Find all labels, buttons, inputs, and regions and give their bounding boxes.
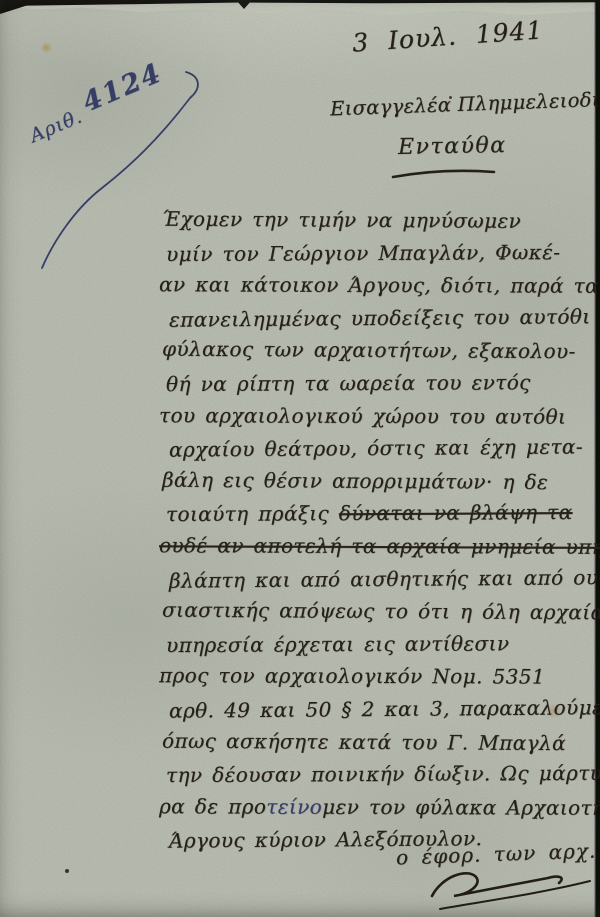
handwritten-line: αρθ. 49 και 50 § 2 και 3, παρακαλούμεν <box>169 691 600 727</box>
handwritten-line: του αρχαιολογικού χώρου του αυτόθι <box>159 399 595 433</box>
recipient-line-2: Ενταύθα <box>398 133 507 160</box>
line-text: μεν τον φύλακα Αρχαιοτήτων <box>322 794 600 819</box>
line-text: τοιαύτη πράξις <box>166 502 339 527</box>
signature-scribble <box>420 864 600 916</box>
handwritten-line: αν και κάτοικον Άργους, διότι, παρά τας <box>159 268 595 302</box>
strikethrough-text: δύναται να βλάψη τα <box>339 500 573 525</box>
handwritten-line: την δέουσαν ποινικήν δίωξιν. Ως μάρτυ- <box>166 757 600 792</box>
handwritten-line: προς τον αρχαιολογικόν Νομ. 5351 <box>159 660 595 694</box>
blue-ink-correction: τείνο <box>266 794 322 818</box>
handwritten-line: βλάπτη και από αισθητικής και από ου- <box>169 561 600 597</box>
handwritten-line: θή να ρίπτη τα ωαρεία του εντός <box>166 366 600 401</box>
handwritten-line: Έχομεν την τιμήν να μηνύσωμεν <box>162 203 598 238</box>
recipient-line-1: Εισαγγελέα Πλημμελειοδικών <box>330 87 600 121</box>
handwritten-line: τοιαύτη πράξις δύναται να βλάψη τα <box>166 496 600 531</box>
handwritten-line: επανειλημμένας υποδείξεις του αυτόθι <box>169 300 600 336</box>
ink-speck <box>65 869 69 873</box>
yellow-stain <box>40 42 53 53</box>
handwritten-line: υμίν τον Γεώργιον Μπαγλάν, Φωκέ- <box>166 235 600 270</box>
scanned-document-page: Αριθ.4124 3 Ιουλ. 1941 Εισαγγελέα Πλημμε… <box>0 0 600 917</box>
handwritten-line: ρα δε προτείνομεν τον φύλακα Αρχαιοτήτων <box>159 790 595 824</box>
line-text: ρα δε προ <box>159 794 266 818</box>
recipient-underline-stroke <box>390 166 498 182</box>
handwritten-line: βάλη εις θέσιν απορριμμάτων· η δε <box>162 463 598 498</box>
body-text: Έχομεν την τιμήν να μηνύσωμεν υμίν τον Γ… <box>162 204 598 856</box>
strikethrough-text: ουδέ αν αποτελή τα αρχαία μνημεία υπηρεσ… <box>159 533 600 559</box>
handwritten-line: φύλακος των αρχαιοτήτων, εξακολου- <box>162 333 598 368</box>
handwritten-line: ουδέ αν αποτελή τα αρχαία μνημεία υπηρεσ… <box>159 529 595 563</box>
handwritten-line: υπηρεσία έρχεται εις αντίθεσιν <box>166 627 600 662</box>
handwritten-line: όπως ασκήσητε κατά του Γ. Μπαγλά <box>162 724 598 759</box>
handwritten-line: σιαστικής απόψεως το ότι η όλη αρχαία <box>162 594 598 629</box>
date-line: 3 Ιουλ. 1941 <box>351 15 544 57</box>
handwritten-line: αρχαίου θεάτρου, όστις και έχη μετα- <box>169 430 600 466</box>
